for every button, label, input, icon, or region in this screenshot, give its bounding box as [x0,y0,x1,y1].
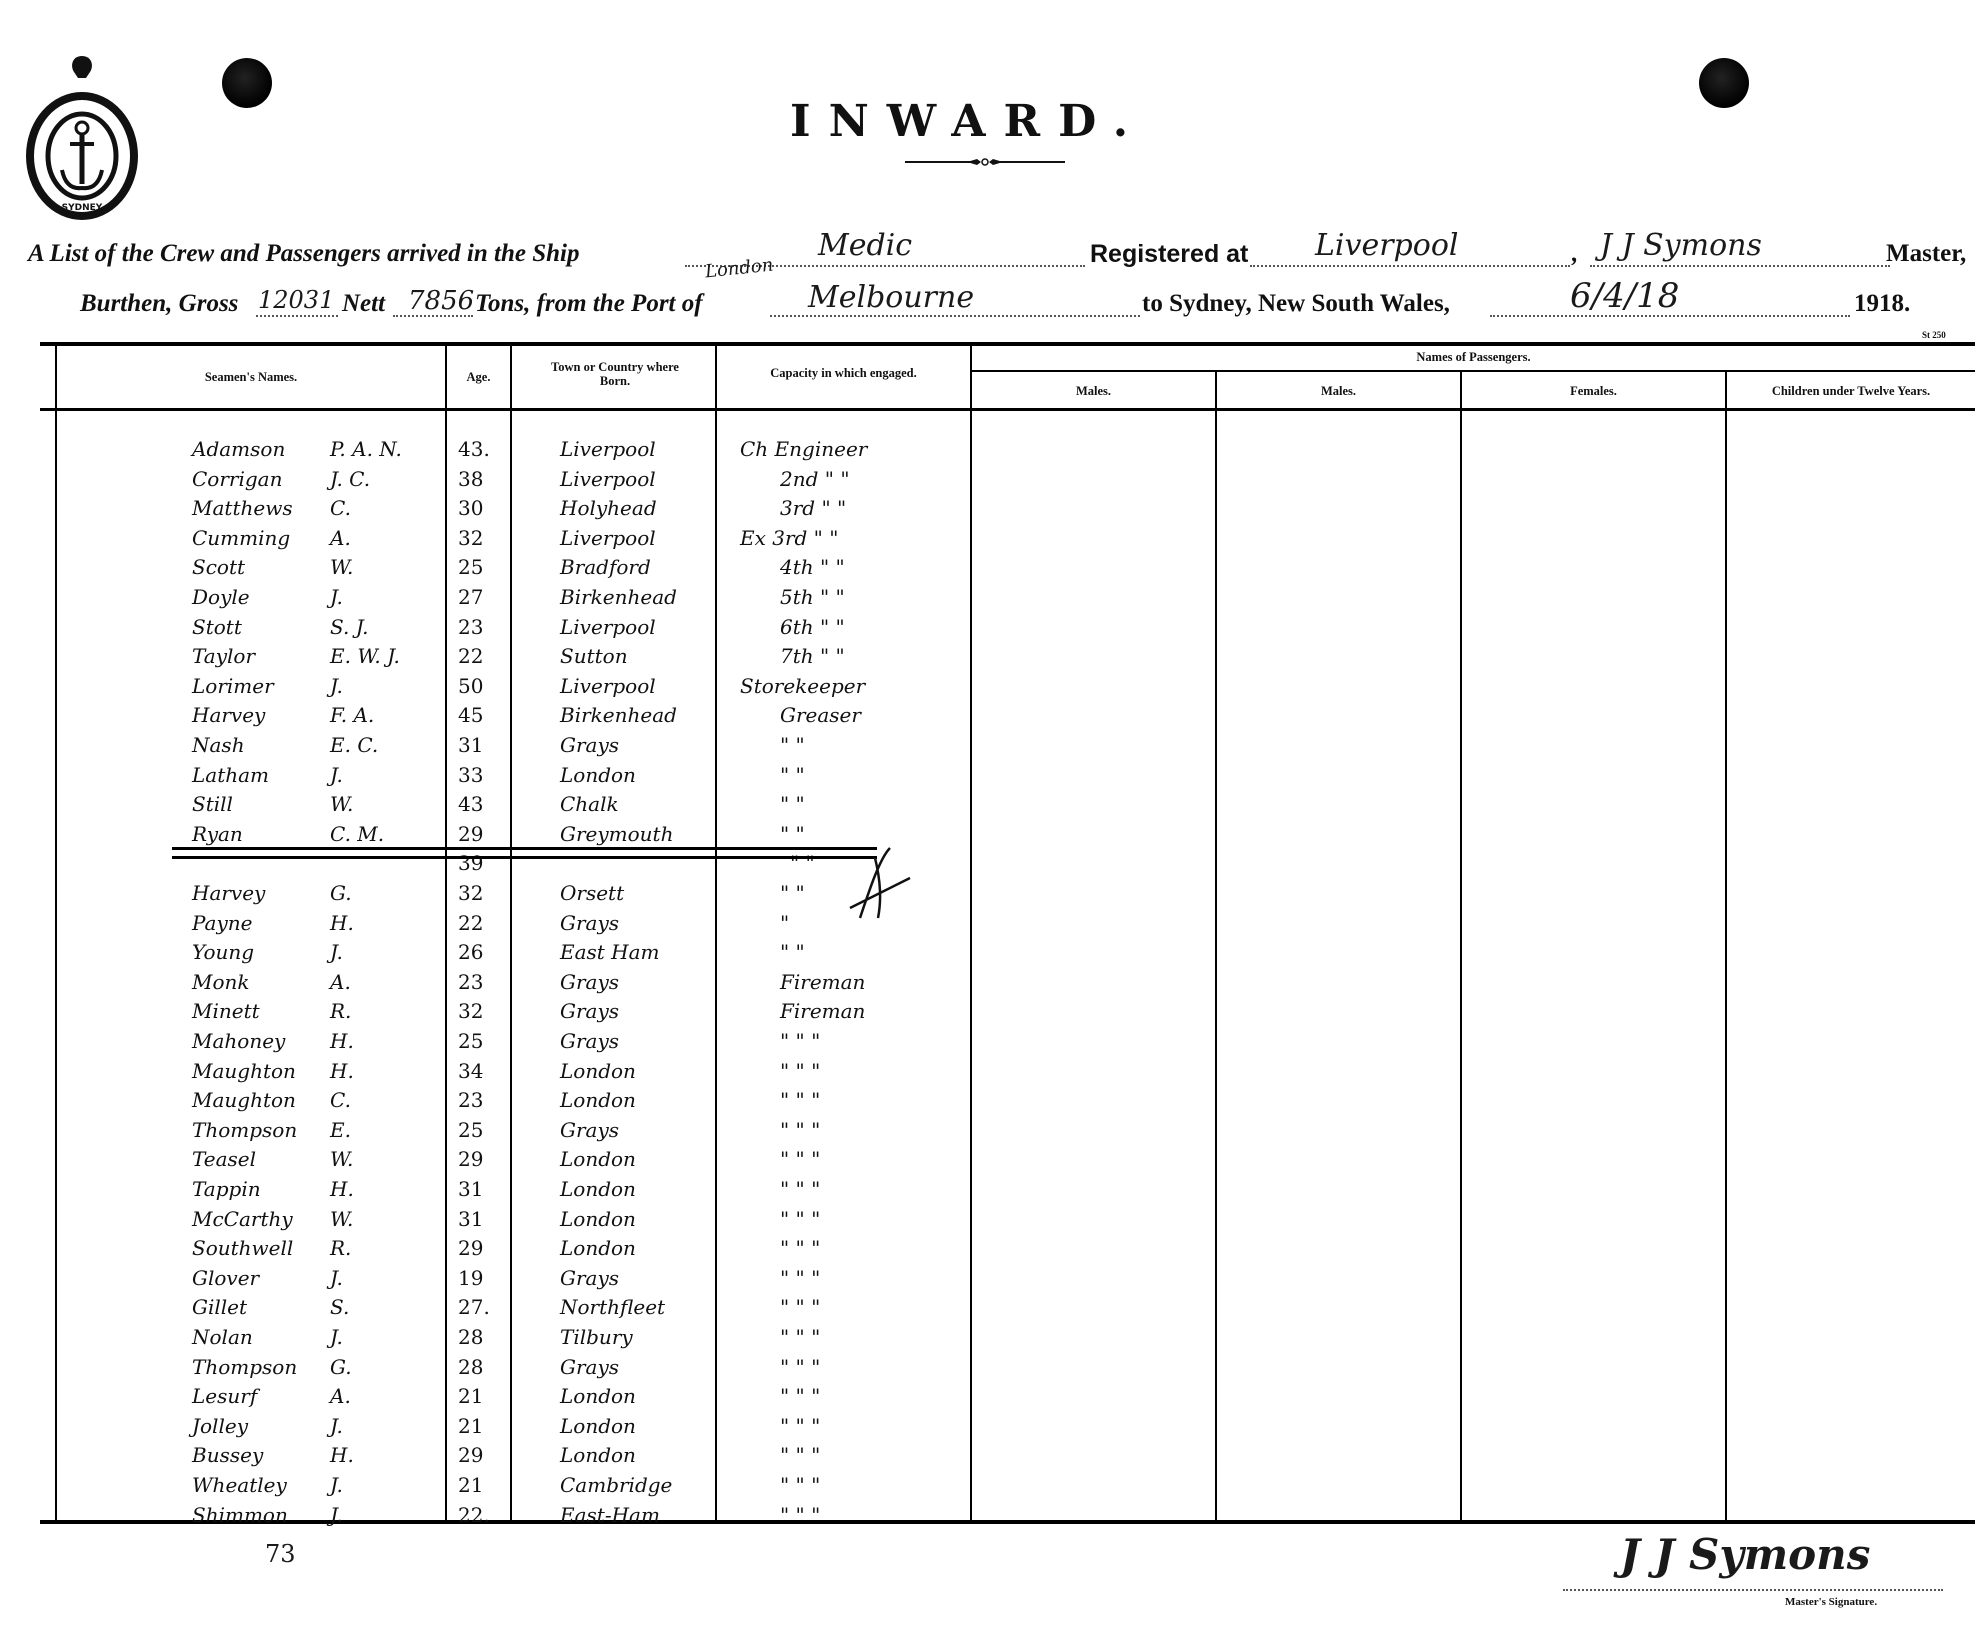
col-divider-males-males [1215,372,1217,1520]
crew-age: 32 [458,999,483,1023]
crew-surname: Minett [192,999,260,1023]
crew-initials: G. [330,881,352,905]
crew-surname: Shimmon [192,1503,288,1527]
crew-capacity: " " " [780,1325,820,1349]
crew-age: 31 [458,733,483,757]
crew-capacity: " " " [780,1414,820,1438]
crew-surname: Doyle [192,585,250,609]
comma-separator: , [1572,240,1578,268]
crew-birthplace: Liverpool [560,674,656,698]
crew-age: 43 [458,792,483,816]
crew-surname: Young [192,940,254,964]
crew-capacity: " [780,911,789,935]
crew-surname: Bussey [192,1443,263,1467]
crew-initials: C. [330,1088,351,1112]
svg-text:SYDNEY: SYDNEY [62,203,103,213]
crew-surname: Maughton [192,1088,296,1112]
ship-name: Medic [818,228,912,263]
crew-age: 30 [458,496,483,520]
header-females: Females. [1462,384,1725,398]
page-tally: 73 [265,1540,296,1568]
burthen-gross-label: Burthen, Gross [80,290,238,318]
crew-birthplace: Northfleet [560,1295,665,1319]
crew-age: 29 [458,1236,483,1260]
crew-initials: W. [330,555,353,579]
crew-initials: J. [330,585,343,609]
nett-tons: 7856 [408,286,474,316]
crew-age: 22. [458,1503,490,1527]
crew-birthplace: Grays [560,999,619,1023]
crew-initials: J. C. [330,467,370,491]
crew-age: 43. [458,437,490,461]
crew-birthplace: London [560,763,636,787]
crew-birthplace: Greymouth [560,822,673,846]
crew-birthplace: London [560,1177,636,1201]
crew-age: 25 [458,1118,483,1142]
crew-initials: H. [330,1029,354,1053]
crew-capacity: " " " [780,1029,820,1053]
crew-birthplace: Liverpool [560,526,656,550]
crew-surname: Tappin [192,1177,261,1201]
crew-capacity: " " [780,822,805,846]
crew-initials: E. W. J. [330,644,400,668]
crew-capacity: " " " [780,1059,820,1083]
col-divider-males-females [1460,372,1462,1520]
crew-age: 21 [458,1414,483,1438]
col-divider-age-town [510,346,512,1520]
header-children: Children under Twelve Years. [1727,384,1975,398]
crew-age: 22 [458,644,483,668]
crew-capacity: 6th " " [780,615,845,639]
crew-age: 45 [458,703,483,727]
crew-surname: Adamson [192,437,285,461]
crew-initials: P. A. N. [330,437,402,461]
col-divider-females-children [1725,372,1727,1520]
crew-initials: H. [330,1177,354,1201]
crew-age: 31 [458,1177,483,1201]
crew-surname: Corrigan [192,467,282,491]
crew-surname: Harvey [192,703,265,727]
crew-capacity: 4th " " [780,555,845,579]
header-males-2: Males. [1217,384,1460,398]
crew-surname: Nolan [192,1325,253,1349]
crew-capacity: Fireman [780,999,865,1023]
crew-surname: Mahoney [192,1029,285,1053]
crew-birthplace: London [560,1236,636,1260]
crew-age: 29 [458,1147,483,1171]
crew-capacity: 5th " " [780,585,845,609]
punch-hole-left [222,58,272,108]
crew-initials: S. [330,1295,349,1319]
crew-birthplace: Birkenhead [560,585,677,609]
crew-initials: E. C. [330,733,378,757]
crew-initials: E. [330,1118,351,1142]
crew-age: 26 [458,940,483,964]
crew-initials: J. [330,940,343,964]
crew-age: 27 [458,585,483,609]
crew-birthplace: London [560,1414,636,1438]
crew-age: 25 [458,555,483,579]
crew-birthplace: London [560,1384,636,1408]
crew-initials: A. [330,1384,351,1408]
crew-surname: Thompson [192,1118,297,1142]
crew-surname: Lorimer [192,674,274,698]
crew-age: 39 [458,851,483,875]
registered-dotted-line [1250,264,1570,267]
crew-initials: J. [330,763,343,787]
strike-line-1 [172,847,877,850]
crew-initials: J. [330,674,343,698]
crew-capacity: " " [780,940,805,964]
crew-birthplace: London [560,1207,636,1231]
crew-surname: Ryan [192,822,243,846]
crew-capacity: " " [780,763,805,787]
crew-birthplace: London [560,1443,636,1467]
crew-birthplace: Grays [560,1355,619,1379]
crew-initials: A. [330,526,351,550]
crew-surname: Nash [192,733,245,757]
crew-surname: Jolley [192,1414,248,1438]
crew-birthplace: Grays [560,1029,619,1053]
crew-birthplace: Grays [560,970,619,994]
crew-age: 25 [458,1029,483,1053]
crew-birthplace: Liverpool [560,615,656,639]
crew-initials: J. [330,1473,343,1497]
strike-initials-icon [820,838,920,928]
crew-initials: R. [330,1236,351,1260]
registered-label: Registered at [1090,240,1248,269]
crew-capacity: Fireman [780,970,865,994]
crew-initials: W. [330,792,353,816]
crew-age: 28 [458,1355,483,1379]
crew-surname: Glover [192,1266,259,1290]
header-passengers-group: Names of Passengers. [972,350,1975,364]
col-divider-capacity-passengers [970,346,972,1520]
crew-age: 27. [458,1295,490,1319]
strike-line-2 [172,856,877,859]
crew-birthplace: Grays [560,1118,619,1142]
crew-initials: J. [330,1503,343,1527]
crew-age: 19 [458,1266,483,1290]
nett-label: Nett [342,290,385,318]
crew-age: 31 [458,1207,483,1231]
crew-capacity: 2nd " " [780,467,850,491]
crew-age: 50 [458,674,483,698]
crew-capacity: " " " [780,1207,820,1231]
header-males-1: Males. [972,384,1215,398]
crew-capacity: " " [790,851,815,875]
tons-from-port-label: Tons, from the Port of [475,290,703,318]
gross-dotted-line [256,314,338,317]
passengers-subheader-rule [972,370,1975,372]
registered-port: Liverpool [1315,228,1458,263]
crew-initials: C. [330,496,351,520]
crew-birthplace: Grays [560,1266,619,1290]
crew-capacity: Ch Engineer [740,437,867,461]
document-title: INWARD. [790,96,1146,147]
crew-capacity: 3rd " " [780,496,846,520]
crew-initials: H. [330,911,354,935]
heading-list-prefix: A List of the Crew and Passengers arrive… [28,240,579,268]
crew-initials: J. [330,1325,343,1349]
signature-dotted-line [1563,1588,1943,1591]
header-age: Age. [447,370,510,384]
crew-surname: Cumming [192,526,290,550]
crew-birthplace: Grays [560,911,619,935]
crew-age: 34 [458,1059,483,1083]
crew-age: 32 [458,881,483,905]
crew-birthplace: London [560,1088,636,1112]
crew-capacity: " " " [780,1177,820,1201]
form-number: St 250 [1922,330,1946,340]
crew-birthplace: Orsett [560,881,624,905]
col-divider-names-age [445,346,447,1520]
crew-birthplace: Liverpool [560,467,656,491]
crew-surname: Thompson [192,1355,297,1379]
crew-birthplace: London [560,1059,636,1083]
crew-birthplace: Cambridge [560,1473,672,1497]
crew-birthplace: Liverpool [560,437,656,461]
crew-birthplace: Birkenhead [560,703,677,727]
crew-initials: S. J. [330,615,369,639]
master-signature-label: Master's Signature. [1785,1596,1877,1608]
to-sydney-label: to Sydney, New South Wales, [1142,290,1450,318]
crew-initials: J. [330,1414,343,1438]
crew-capacity: " " [780,733,805,757]
crew-surname: Still [192,792,233,816]
crew-capacity: " " " [780,1236,820,1260]
crew-capacity: " " " [780,1088,820,1112]
crew-capacity: " " " [780,1295,820,1319]
crew-surname: Harvey [192,881,265,905]
crew-capacity: " " [780,792,805,816]
crew-initials: H. [330,1443,354,1467]
crew-age: 22 [458,911,483,935]
crew-capacity: " " [780,881,805,905]
crew-capacity: " " " [780,1473,820,1497]
table-top-rule [40,342,1975,346]
crew-age: 23 [458,615,483,639]
crew-age: 21 [458,1384,483,1408]
arrival-year: 1918. [1854,290,1910,318]
crew-initials: A. [330,970,351,994]
crew-birthplace: Tilbury [560,1325,633,1349]
title-flourish-icon [905,156,1065,168]
port-from-insert: London [704,254,774,282]
crew-birthplace: Sutton [560,644,628,668]
crew-surname: Matthews [192,496,293,520]
crew-birthplace: Holyhead [560,496,657,520]
crew-capacity: " " " [780,1503,820,1527]
crew-surname: Taylor [192,644,255,668]
crew-surname: McCarthy [192,1207,293,1231]
crew-birthplace: Chalk [560,792,619,816]
crew-capacity: " " " [780,1443,820,1467]
header-seamens-names: Seamen's Names. [57,370,445,384]
crew-capacity: Greaser [780,703,861,727]
header-bottom-rule [40,408,1975,411]
gross-tons: 12031 [258,286,334,314]
table-left-border [55,346,57,1520]
crew-age: 23 [458,970,483,994]
crew-capacity: " " " [780,1355,820,1379]
crew-age: 23 [458,1088,483,1112]
crew-age: 38 [458,467,483,491]
crew-capacity: " " " [780,1147,820,1171]
crew-initials: F. A. [330,703,374,727]
crew-initials: G. [330,1355,352,1379]
crew-capacity: Storekeeper [740,674,865,698]
crew-surname: Latham [192,763,269,787]
crew-capacity: " " " [780,1384,820,1408]
crew-birthplace: London [560,1147,636,1171]
crew-capacity: " " " [780,1266,820,1290]
crew-surname: Monk [192,970,250,994]
crew-birthplace: East-Ham [560,1503,660,1527]
crew-surname: Maughton [192,1059,296,1083]
master-signature: J J Symons [1620,1530,1870,1579]
crew-age: 28 [458,1325,483,1349]
crew-initials: H. [330,1059,354,1083]
crew-age: 29 [458,1443,483,1467]
crew-surname: Scott [192,555,245,579]
master-name-dotted-line [1590,264,1890,267]
crew-birthplace: East Ham [560,940,660,964]
crew-capacity: " " " [780,1118,820,1142]
crew-surname: Lesurf [192,1384,257,1408]
crew-initials: R. [330,999,351,1023]
crew-age: 29 [458,822,483,846]
crew-initials: W. [330,1147,353,1171]
crew-initials: J. [330,1266,343,1290]
crew-birthplace: Bradford [560,555,651,579]
crew-surname: Payne [192,911,253,935]
crew-surname: Stott [192,615,242,639]
port-from: Melbourne [808,280,974,315]
crew-capacity: Ex 3rd " " [740,526,838,550]
crew-initials: C. M. [330,822,384,846]
crew-age: 33 [458,763,483,787]
crew-birthplace: Grays [560,733,619,757]
punch-hole-right [1699,58,1749,108]
header-town-born: Town or Country where Born. [540,360,690,388]
crew-surname: Gillet [192,1295,247,1319]
crew-initials: W. [330,1207,353,1231]
crew-surname: Southwell [192,1236,293,1260]
arrival-date: 6/4/18 [1570,276,1679,316]
header-capacity: Capacity in which engaged. [717,366,970,380]
anchor-seal-icon: SYDNEY [26,52,138,222]
crew-age: 21 [458,1473,483,1497]
master-label: Master, [1886,240,1966,268]
master-name: J J Symons [1600,228,1762,263]
crew-capacity: 7th " " [780,644,845,668]
col-divider-town-capacity [715,346,717,1520]
crew-surname: Wheatley [192,1473,287,1497]
crew-age: 32 [458,526,483,550]
crew-surname: Teasel [192,1147,256,1171]
